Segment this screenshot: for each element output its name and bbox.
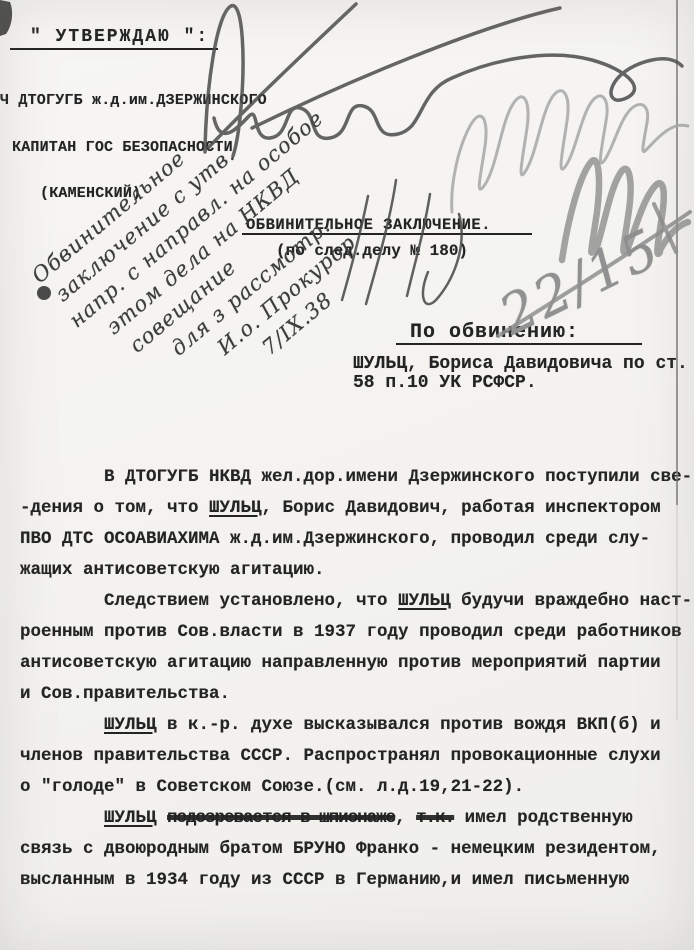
underlined-name: ШУЛЬЦ [104,808,157,828]
underlined-name: ШУЛЬЦ [209,498,262,518]
body-text-segment: -дения о том, что [20,498,209,518]
body-text-segment: ПВО ДТС ОСОАВИАХИМА ж.д.им.Дзержинского,… [20,529,650,549]
accused-name-line: ШУЛЬЦ, Бориса Давидовича по ст. [353,354,688,374]
body-text-segment: членов правительства СССР. Распространял… [20,746,661,766]
body-text-segment: высланным в 1934 году из СССР в Германию… [20,870,629,890]
document-page: " УТВЕРЖДАЮ ": Ч ДТОГУГБ ж.д.им.ДЗЕРЖИНС… [0,0,694,950]
body-text-segment: жащих антисоветскую агитацию. [20,560,325,580]
signature-large-stroke [214,55,682,138]
approval-underline [10,48,218,50]
signature-pencil-dark-stroke [660,222,688,250]
scan-smudge [0,0,12,36]
struck-text: подозревается в шпионаже [167,808,395,828]
signature-pencil-light [452,91,688,212]
signature-large-stroke [252,8,560,128]
body-text-segment: о "голоде" в Советском Союзе.(см. л.д.19… [20,777,524,797]
body-text-segment: в к.-р. духе высказывался против вождя В… [157,715,661,735]
body-text-segment [157,808,168,828]
struck-text: т.к. [416,808,454,828]
underlined-name: ШУЛЬЦ [104,715,157,735]
body-line: высланным в 1934 году из СССР в Германию… [20,865,692,896]
pencil-number-note: 22/15 [490,216,671,347]
body-text-segment: , [395,808,416,828]
body-text: В ДТОГУГБ НКВД жел.дор.имени Дзержинског… [20,462,692,896]
body-line: -дения о том, что ШУЛЬЦ, Борис Давидович… [20,493,692,524]
body-text-segment: Следствием установлено, что [20,591,398,611]
body-line: Следствием установлено, что ШУЛЬЦ будучи… [20,586,692,617]
body-text-segment: связь с двоюродным братом БРУНО Франко -… [20,839,661,859]
body-text-segment: В ДТОГУГБ НКВД жел.дор.имени Дзержинског… [20,467,692,487]
approval-stamp-label: " УТВЕРЖДАЮ ": [30,27,209,47]
body-line: связь с двоюродным братом БРУНО Франко -… [20,834,692,865]
body-text-segment: имел родственную [454,808,633,828]
body-text-segment [20,808,104,828]
accused-article-line: 58 п.10 УК РСФСР. [353,373,537,393]
body-text-segment: будучи враждебно наст- [451,591,693,611]
body-text-segment: и Сов.правительства. [20,684,230,704]
body-line: членов правительства СССР. Распространял… [20,741,692,772]
body-line: роенным против Сов.власти в 1937 году пр… [20,617,692,648]
body-line: В ДТОГУГБ НКВД жел.дор.имени Дзержинског… [20,462,692,493]
body-line: о "голоде" в Советском Союзе.(см. л.д.19… [20,772,692,803]
body-line: антисоветскую агитацию направленную прот… [20,648,692,679]
body-text-segment: , Борис Давидович, работая инспектором [262,498,661,518]
body-line: и Сов.правительства. [20,679,692,710]
body-line: жащих антисоветскую агитацию. [20,555,692,586]
underlined-name: ШУЛЬЦ [398,591,451,611]
body-text-segment [20,715,104,735]
body-line: ШУЛЬЦ подозревается в шпионаже, т.к. име… [20,803,692,834]
body-text-segment: антисоветскую агитацию направленную прот… [20,653,661,673]
body-line: ШУЛЬЦ в к.-р. духе высказывался против в… [20,710,692,741]
body-line: ПВО ДТС ОСОАВИАХИМА ж.д.им.Дзержинского,… [20,524,692,555]
body-text-segment: роенным против Сов.власти в 1937 году пр… [20,622,682,642]
